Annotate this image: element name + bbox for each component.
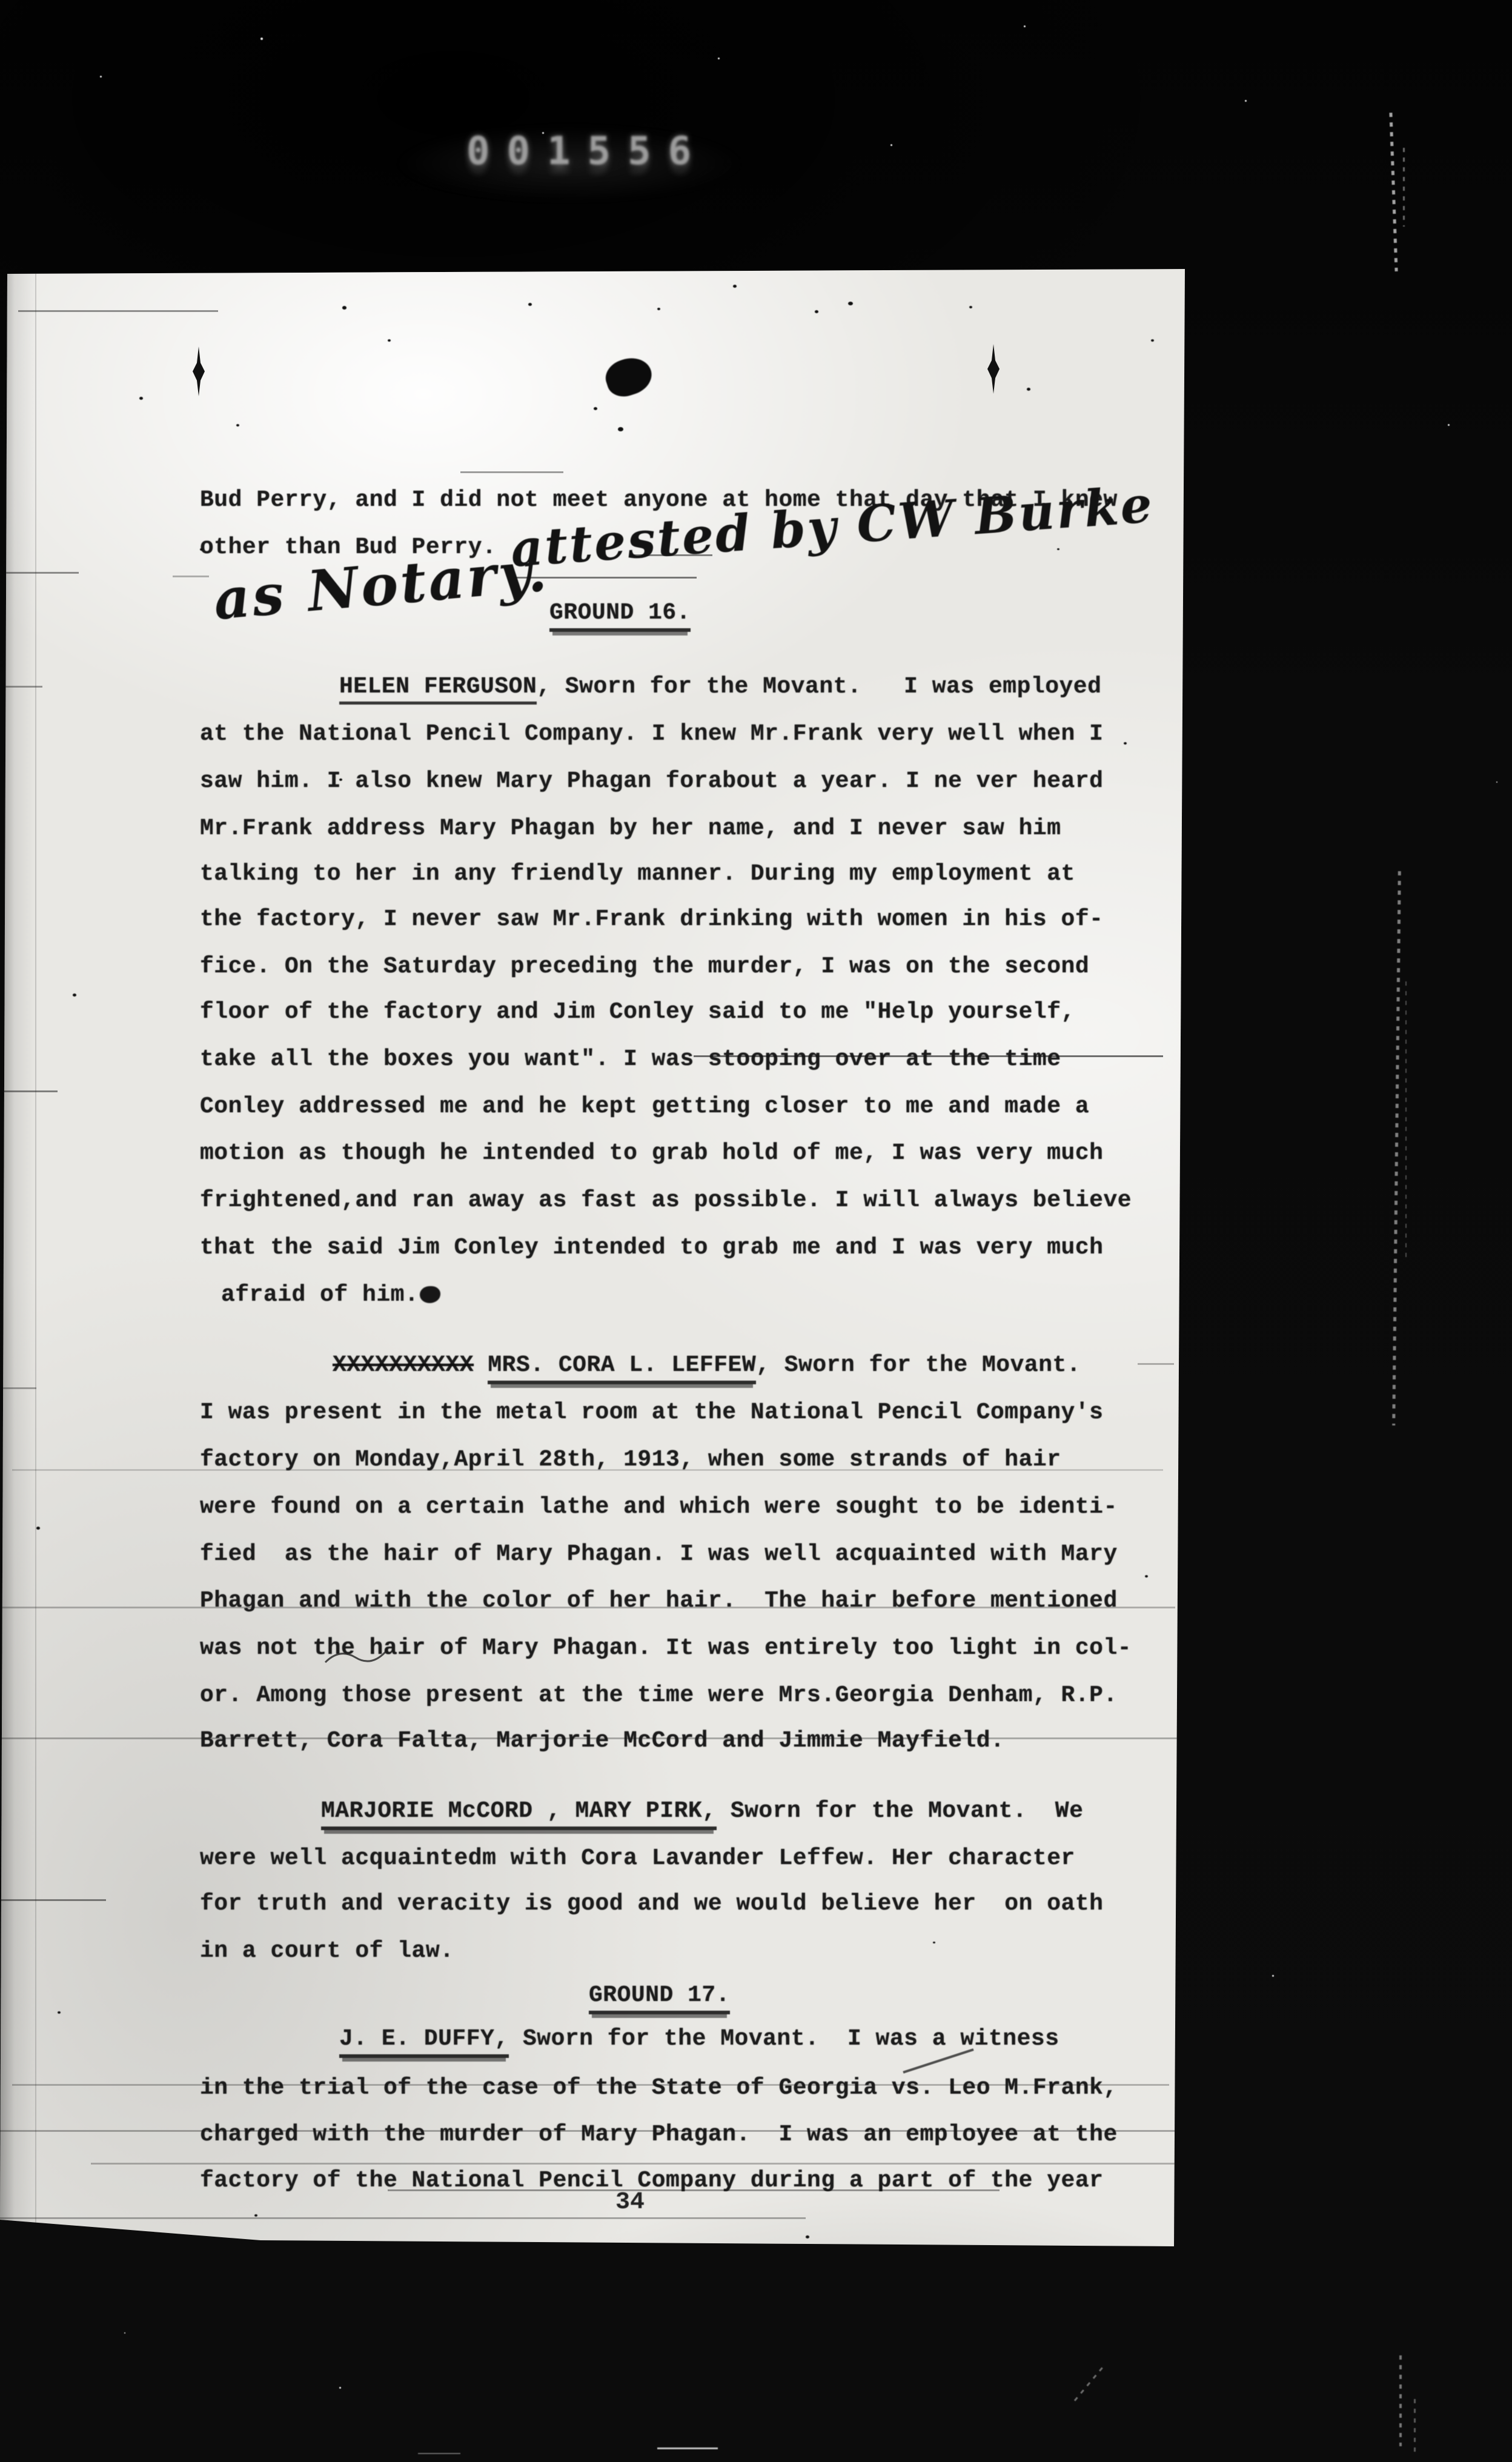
film-scratch xyxy=(1073,2367,1103,2401)
typed-line: Mr.Frank address Mary Phagan by her name… xyxy=(200,817,1061,841)
paper-speck xyxy=(657,308,660,310)
scan-artifact-line xyxy=(388,2189,1000,2191)
typed-line: Conley addressed me and he kept getting … xyxy=(200,1095,1089,1119)
film-scratch xyxy=(657,2447,718,2449)
fold-line xyxy=(35,274,36,2237)
typed-line: were well acquaintedm with Cora Lavander… xyxy=(200,1846,1075,1871)
film-scratch xyxy=(1399,2355,1402,2446)
typed-line: MARJORIE McCORD , MARY PIRK, Sworn for t… xyxy=(321,1799,1083,1823)
typed-line: or. Among those present at the time were… xyxy=(200,1684,1118,1708)
page-number: 34 xyxy=(615,2191,645,2215)
scan-artifact-line xyxy=(12,1469,1163,1471)
typed-line: in a court of law. xyxy=(200,1939,454,1963)
scan-artifact-line xyxy=(515,577,697,579)
typed-line: HELEN FERGUSON, Sworn for the Movant. I … xyxy=(339,675,1101,699)
scan-artifact-line xyxy=(1138,1363,1174,1365)
paper-speck xyxy=(139,397,143,400)
scan-artifact-line xyxy=(18,310,218,312)
diamond-mark-icon xyxy=(193,347,205,396)
paper-speck xyxy=(236,424,239,426)
paper-speck xyxy=(1057,548,1059,550)
film-dust-dot xyxy=(1024,25,1026,27)
scan-artifact-line xyxy=(0,1737,1178,1739)
typed-line: were found on a certain lathe and which … xyxy=(200,1495,1118,1519)
typed-line: GROUND 17. xyxy=(589,1983,730,2008)
typed-line: Barrett, Cora Falta, Marjorie McCord and… xyxy=(200,1729,1004,1753)
scan-artifact-line xyxy=(0,572,79,574)
typed-line: that the said Jim Conley intended to gra… xyxy=(200,1236,1103,1260)
paper-speck xyxy=(1145,1575,1148,1578)
film-dust-dot xyxy=(890,144,892,146)
typed-line: fice. On the Saturday preceding the murd… xyxy=(200,955,1089,979)
scan-artifact-line xyxy=(634,554,712,556)
paper-speck xyxy=(36,1527,40,1530)
film-scratch xyxy=(1392,871,1401,1425)
film-scratch xyxy=(418,2453,460,2454)
scan-artifact-line xyxy=(694,1055,1163,1057)
film-scratch xyxy=(1389,113,1398,271)
film-frame-number-stamp: 001556 xyxy=(466,132,708,171)
typed-line: saw him. I also knew Mary Phagan forabou… xyxy=(200,769,1103,794)
scan-artifact-line xyxy=(0,1607,1175,1608)
diamond-mark-icon xyxy=(987,344,1000,394)
paper-speck xyxy=(388,339,391,342)
film-dust-dot xyxy=(1245,100,1247,102)
paper-speck xyxy=(200,548,203,551)
paper-speck xyxy=(528,303,532,306)
paper-speck xyxy=(1124,742,1127,745)
film-dust-dot xyxy=(1448,424,1450,426)
scan-artifact-line xyxy=(0,2130,1175,2132)
scan-artifact-line xyxy=(460,471,563,473)
paper-speck xyxy=(1151,339,1154,342)
scan-artifact-line xyxy=(91,2163,1175,2165)
scan-artifact-line xyxy=(12,2084,1169,2086)
paper-speck xyxy=(594,407,597,410)
film-dust-dot xyxy=(260,38,263,40)
typed-line: factory on Monday,April 28th, 1913, when… xyxy=(200,1448,1061,1472)
typed-line: take all the boxes you want". I was stoo… xyxy=(200,1047,1061,1072)
typed-line: talking to her in any friendly manner. D… xyxy=(200,862,1075,886)
paper-speck xyxy=(969,306,972,308)
typed-line: J. E. DUFFY, Sworn for the Movant. I was… xyxy=(339,2027,1059,2051)
paper-speck xyxy=(933,1942,935,1943)
typed-line: in the trial of the case of the State of… xyxy=(200,2076,1118,2100)
scan-artifact-line xyxy=(0,1090,58,1092)
typed-line: charged with the murder of Mary Phagan. … xyxy=(200,2123,1118,2147)
typed-line: fied as the hair of Mary Phagan. I was w… xyxy=(200,1542,1118,1567)
film-dust-dot xyxy=(718,58,720,59)
document-page: Bud Perry, and I did not meet anyone at … xyxy=(0,0,1512,2462)
typed-line: XXXXXXXXXX MRS. CORA L. LEFFEW, Sworn fo… xyxy=(333,1353,1081,1378)
film-dust-dot xyxy=(1496,781,1497,783)
paper-speck xyxy=(618,427,623,431)
film-scratch xyxy=(1403,148,1405,227)
pen-mark xyxy=(903,2048,973,2074)
typed-line: for truth and veracity is good and we wo… xyxy=(200,1892,1103,1916)
film-dust-dot xyxy=(339,2387,341,2389)
ink-blot xyxy=(602,353,657,402)
pen-squiggle xyxy=(324,1643,388,1668)
film-dust-dot xyxy=(542,132,544,134)
typed-line: the factory, I never saw Mr.Frank drinki… xyxy=(200,907,1103,932)
film-scratch xyxy=(1414,2399,1416,2454)
microfilm-scan: { "film": { "frame_stamp": "001556" }, "… xyxy=(0,0,1512,2462)
paper-speck xyxy=(73,994,76,997)
film-dust-dot xyxy=(124,2332,125,2334)
typed-line: frightened,and ran away as fast as possi… xyxy=(200,1189,1132,1213)
typed-line: motion as though he intended to grab hol… xyxy=(200,1141,1103,1166)
typed-line: afraid of him. xyxy=(221,1283,440,1307)
paper-speck xyxy=(339,778,342,781)
paper-speck xyxy=(254,2214,257,2217)
scan-artifact-line xyxy=(0,1387,36,1389)
paper-speck xyxy=(1027,388,1030,391)
film-dust-dot xyxy=(1272,1975,1274,1977)
scan-artifact-line xyxy=(0,1899,106,1901)
paper-speck xyxy=(733,285,737,288)
typed-line: I was present in the metal room at the N… xyxy=(200,1401,1103,1425)
scan-artifact-line xyxy=(173,576,209,577)
paper-speck xyxy=(342,306,346,310)
paper-speck xyxy=(58,2011,61,2014)
film-dust-dot xyxy=(100,76,102,78)
typed-line: GROUND 16. xyxy=(549,601,691,625)
paper-speck xyxy=(806,2235,809,2238)
typed-line: Phagan and with the color of her hair. T… xyxy=(200,1589,1118,1613)
typed-line: floor of the factory and Jim Conley said… xyxy=(200,1000,1075,1024)
paper-speck xyxy=(848,302,853,305)
scan-artifact-line xyxy=(0,2217,806,2219)
typed-line: at the National Pencil Company. I knew M… xyxy=(200,722,1103,746)
ink-blot xyxy=(420,1286,440,1303)
paper-speck xyxy=(815,310,818,313)
film-scratch xyxy=(1405,981,1407,1260)
scan-artifact-line xyxy=(0,686,42,688)
